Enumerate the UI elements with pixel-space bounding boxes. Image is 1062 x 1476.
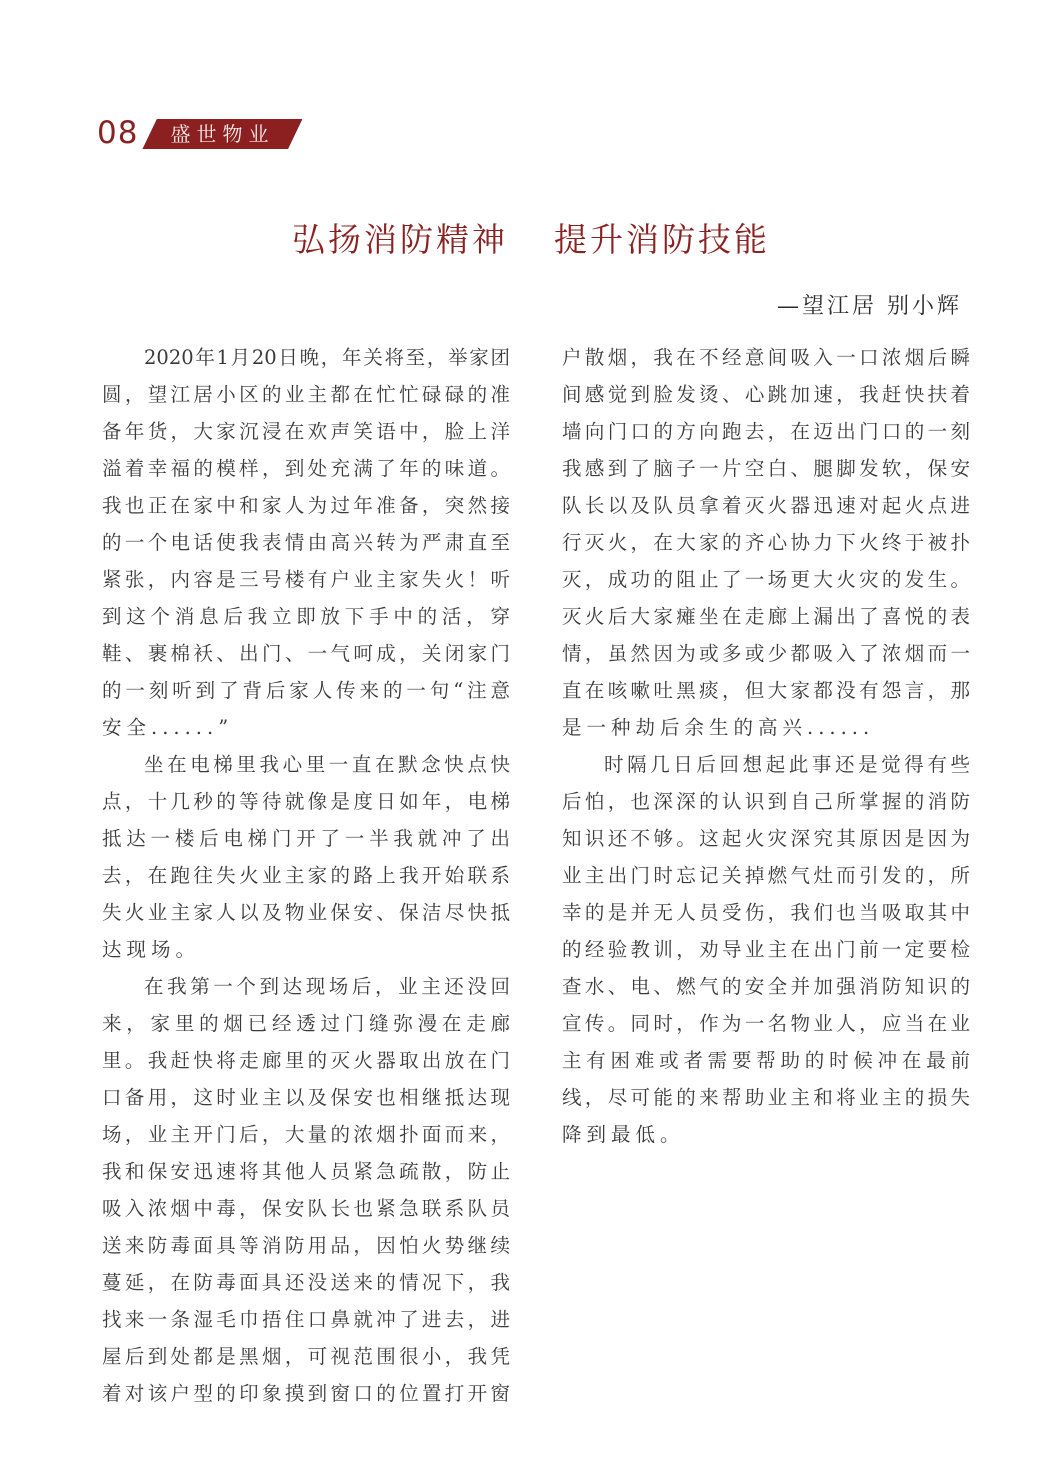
text-line: 里。我赶快将走廊里的灭火器取出放在门 bbox=[102, 1042, 510, 1079]
text-line: 业主出门时忘记关掉燃气灶而引发的，所 bbox=[562, 857, 970, 894]
text-line: 后怕，也深深的认识到自己所掌握的消防 bbox=[562, 783, 970, 820]
text-line: 场，业主开门后，大量的浓烟扑面而来， bbox=[102, 1116, 510, 1153]
text-line: 屋后到处都是黑烟，可视范围很小，我凭 bbox=[102, 1338, 510, 1375]
text-line: 坐在电梯里我心里一直在默念快点快 bbox=[102, 746, 510, 783]
text-line: 直在咳嗽吐黑痰，但大家都没有怨言，那 bbox=[562, 672, 970, 709]
title-part-2: 提升消防技能 bbox=[554, 220, 770, 259]
text-line: 点，十几秒的等待就像是度日如年，电梯 bbox=[102, 783, 510, 820]
text-line: 紧张，内容是三号楼有户业主家失火！听 bbox=[102, 561, 510, 598]
text-line: 去，在跑往失火业主家的路上我开始联系 bbox=[102, 857, 510, 894]
text-line: 行灭火，在大家的齐心协力下火终于被扑 bbox=[562, 524, 970, 561]
text-line: 情，虽然因为或多或少都吸入了浓烟而一 bbox=[562, 635, 970, 672]
section-banner: 盛世物业 bbox=[142, 119, 302, 149]
right-column: 户散烟，我在不经意间吸入一口浓烟后瞬间感觉到脸发烫、心跳加速，我赶快扶着墙向门口… bbox=[562, 339, 970, 1153]
section-label: 盛世物业 bbox=[170, 119, 274, 149]
text-line: 送来防毒面具等消防用品，因怕火势继续 bbox=[102, 1227, 510, 1264]
text-line: 户散烟，我在不经意间吸入一口浓烟后瞬 bbox=[562, 339, 970, 376]
text-line: 到这个消息后我立即放下手中的活，穿 bbox=[102, 598, 510, 635]
text-line: 灭，成功的阻止了一场更大火灾的发生。 bbox=[562, 561, 970, 598]
text-line: 灭火后大家瘫坐在走廊上漏出了喜悦的表 bbox=[562, 598, 970, 635]
text-line: 吸入浓烟中毒，保安队长也紧急联系队员 bbox=[102, 1190, 510, 1227]
text-line: 降到最低。 bbox=[562, 1116, 970, 1153]
page-header: 08 盛世物业 bbox=[97, 116, 302, 150]
article-byline: —望江居 别小辉 bbox=[777, 289, 962, 320]
text-line: 我感到了脑子一片空白、腿脚发软，保安 bbox=[562, 450, 970, 487]
text-line: 鞋、裹棉袄、出门、一气呵成，关闭家门 bbox=[102, 635, 510, 672]
text-line: 是一种劫后余生的高兴...... bbox=[562, 709, 970, 746]
text-line: 的经验教训，劝导业主在出门前一定要检 bbox=[562, 931, 970, 968]
text-line: 2020年1月20日晚，年关将至，举家团 bbox=[102, 339, 510, 376]
text-line: 知识还不够。这起火灾深究其原因是因为 bbox=[562, 820, 970, 857]
article-title: 弘扬消防精神提升消防技能 bbox=[292, 214, 770, 261]
text-line: 备年货，大家沉浸在欢声笑语中，脸上洋 bbox=[102, 413, 510, 450]
text-line: 抵达一楼后电梯门开了一半我就冲了出 bbox=[102, 820, 510, 857]
left-column: 2020年1月20日晚，年关将至，举家团圆，望江居小区的业主都在忙忙碌碌的准备年… bbox=[102, 339, 510, 1412]
text-line: 在我第一个到达现场后，业主还没回 bbox=[102, 968, 510, 1005]
text-line: 的一刻听到了背后家人传来的一句“注意 bbox=[102, 672, 510, 709]
title-part-1: 弘扬消防精神 bbox=[292, 220, 508, 259]
page-number: 08 bbox=[97, 116, 138, 150]
text-line: 墙向门口的方向跑去，在迈出门口的一刻 bbox=[562, 413, 970, 450]
text-line: 口备用，这时业主以及保安也相继抵达现 bbox=[102, 1079, 510, 1116]
text-line: 找来一条湿毛巾捂住口鼻就冲了进去，进 bbox=[102, 1301, 510, 1338]
text-line: 主有困难或者需要帮助的时候冲在最前 bbox=[562, 1042, 970, 1079]
text-line: 查水、电、燃气的安全并加强消防知识的 bbox=[562, 968, 970, 1005]
text-line: 达现场。 bbox=[102, 931, 510, 968]
text-line: 着对该户型的印象摸到窗口的位置打开窗 bbox=[102, 1375, 510, 1412]
text-line: 宣传。同时，作为一名物业人，应当在业 bbox=[562, 1005, 970, 1042]
text-line: 安全......” bbox=[102, 709, 510, 746]
text-line: 我和保安迅速将其他人员紧急疏散，防止 bbox=[102, 1153, 510, 1190]
text-line: 失火业主家人以及物业保安、保洁尽快抵 bbox=[102, 894, 510, 931]
text-line: 来，家里的烟已经透过门缝弥漫在走廊 bbox=[102, 1005, 510, 1042]
text-line: 圆，望江居小区的业主都在忙忙碌碌的准 bbox=[102, 376, 510, 413]
text-line: 队长以及队员拿着灭火器迅速对起火点进 bbox=[562, 487, 970, 524]
text-line: 时隔几日后回想起此事还是觉得有些 bbox=[562, 746, 970, 783]
text-line: 线，尽可能的来帮助业主和将业主的损失 bbox=[562, 1079, 970, 1116]
text-line: 间感觉到脸发烫、心跳加速，我赶快扶着 bbox=[562, 376, 970, 413]
text-line: 蔓延，在防毒面具还没送来的情况下，我 bbox=[102, 1264, 510, 1301]
text-line: 的一个电话使我表情由高兴转为严肃直至 bbox=[102, 524, 510, 561]
text-line: 我也正在家中和家人为过年准备，突然接 bbox=[102, 487, 510, 524]
text-line: 溢着幸福的模样，到处充满了年的味道。 bbox=[102, 450, 510, 487]
text-line: 幸的是并无人员受伤，我们也当吸取其中 bbox=[562, 894, 970, 931]
